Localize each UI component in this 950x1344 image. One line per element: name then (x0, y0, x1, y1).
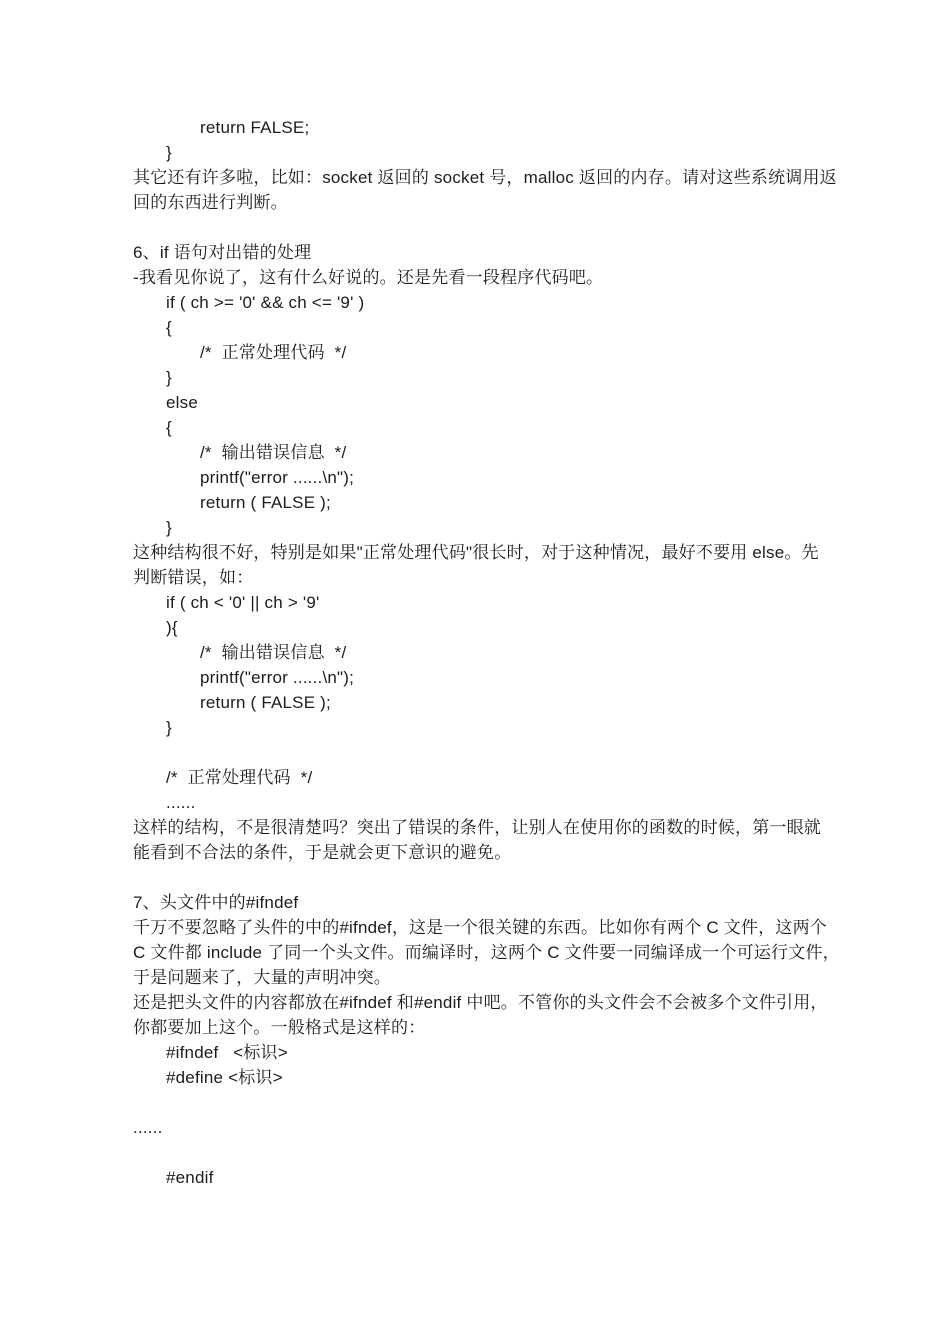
paragraph-line: 能看到不合法的条件，于是就会更下意识的避免。 (133, 840, 840, 865)
blank-line (133, 1090, 840, 1115)
code-line: printf("error ......\n"); (133, 665, 840, 690)
paragraph-line: 判断错误，如： (133, 565, 840, 590)
paragraph-line: ...... (133, 1115, 840, 1140)
code-line: } (133, 715, 840, 740)
paragraph-line: 回的东西进行判断。 (133, 190, 840, 215)
code-line: #endif (133, 1165, 840, 1190)
paragraph-line: 这种结构很不好，特别是如果"正常处理代码"很长时，对于这种情况，最好不要用 el… (133, 540, 840, 565)
code-line: return ( FALSE ); (133, 690, 840, 715)
blank-line (133, 215, 840, 240)
code-line: #define <标识> (133, 1065, 840, 1090)
blank-line (133, 740, 840, 765)
paragraph-line: 千万不要忽略了头件的中的#ifndef，这是一个很关键的东西。比如你有两个 C … (133, 915, 840, 940)
code-line: /* 输出错误信息 */ (133, 640, 840, 665)
code-line: { (133, 315, 840, 340)
paragraph-line: -我看见你说了，这有什么好说的。还是先看一段程序代码吧。 (133, 265, 840, 290)
code-line: } (133, 140, 840, 165)
document-page: return FALSE;}其它还有许多啦，比如：socket 返回的 sock… (0, 0, 950, 1344)
code-line: /* 正常处理代码 */ (133, 765, 840, 790)
section-heading: 7、头文件中的#ifndef (133, 890, 840, 915)
paragraph-line: 其它还有许多啦，比如：socket 返回的 socket 号，malloc 返回… (133, 165, 840, 190)
blank-line (133, 1140, 840, 1165)
section-heading: 6、if 语句对出错的处理 (133, 240, 840, 265)
code-line: { (133, 415, 840, 440)
code-line: #ifndef <标识> (133, 1040, 840, 1065)
paragraph-line: C 文件都 include 了同一个头文件。而编译时，这两个 C 文件要一同编译… (133, 940, 840, 965)
code-line: if ( ch < '0' || ch > '9' (133, 590, 840, 615)
document-body: return FALSE;}其它还有许多啦，比如：socket 返回的 sock… (133, 115, 840, 1190)
code-line: return FALSE; (133, 115, 840, 140)
code-line: ...... (133, 790, 840, 815)
code-line: else (133, 390, 840, 415)
code-line: printf("error ......\n"); (133, 465, 840, 490)
code-line: return ( FALSE ); (133, 490, 840, 515)
code-line: } (133, 515, 840, 540)
blank-line (133, 865, 840, 890)
code-line: /* 正常处理代码 */ (133, 340, 840, 365)
code-line: ){ (133, 615, 840, 640)
paragraph-line: 还是把头文件的内容都放在#ifndef 和#endif 中吧。不管你的头文件会不… (133, 990, 840, 1015)
code-line: } (133, 365, 840, 390)
paragraph-line: 这样的结构，不是很清楚吗？突出了错误的条件，让别人在使用你的函数的时候，第一眼就 (133, 815, 840, 840)
paragraph-line: 你都要加上这个。一般格式是这样的： (133, 1015, 840, 1040)
code-line: /* 输出错误信息 */ (133, 440, 840, 465)
code-line: if ( ch >= '0' && ch <= '9' ) (133, 290, 840, 315)
paragraph-line: 于是问题来了，大量的声明冲突。 (133, 965, 840, 990)
